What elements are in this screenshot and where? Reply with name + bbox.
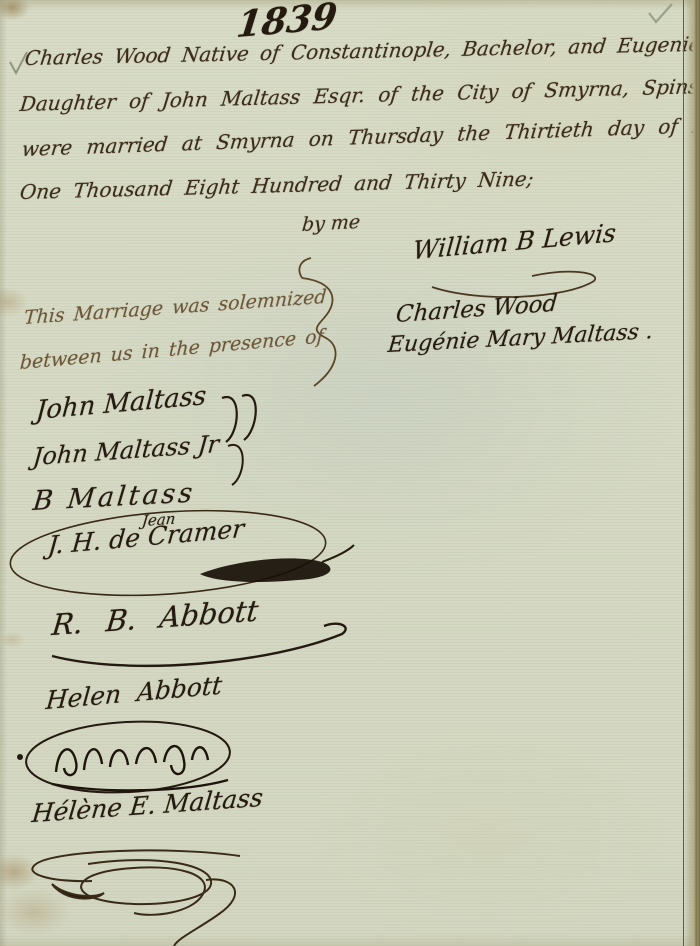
encircle-flourish xyxy=(24,717,231,798)
binding-edge xyxy=(683,0,700,946)
entry-line-2: Daughter of John Maltass Esqr. of the Ci… xyxy=(19,73,700,116)
register-page: 1839 Charles Wood Native of Constantinop… xyxy=(0,0,700,946)
attestation-line-1: This Marriage was solemnized xyxy=(23,286,327,329)
witness-signature-5: R. B. Abbott xyxy=(50,593,260,642)
bottom-flourish xyxy=(32,850,240,946)
ink-dot xyxy=(17,754,23,760)
witness-signature-2: John Maltass Jr xyxy=(32,430,221,471)
entry-line-4: One Thousand Eight Hundred and Thirty Ni… xyxy=(19,167,535,205)
witness-signature-8: Hélène E. Maltass xyxy=(30,783,264,828)
officiant-signature: William B Lewis xyxy=(412,218,618,265)
illegible-signature-scribble xyxy=(52,746,228,790)
signature-paraph xyxy=(222,395,256,442)
checkmark-icon xyxy=(649,4,672,22)
groom-signature: Charles Wood xyxy=(395,291,559,329)
attestation-line-2: between us in the presence of xyxy=(19,325,324,374)
by-me-text: by me xyxy=(301,211,361,236)
witness-signature-1: John Maltass xyxy=(35,381,207,426)
left-edge-shade xyxy=(0,0,7,946)
entry-line-1: Charles Wood Native of Constantinople, B… xyxy=(24,30,700,70)
entry-line-3: were married at Smyrna on Thursday the T… xyxy=(21,112,700,161)
attestation-brace xyxy=(299,258,335,386)
signature-paraph xyxy=(228,445,243,485)
ink-blot xyxy=(200,558,330,582)
ink-blot-tail xyxy=(322,545,354,562)
witness-signature-6: Helen Abbott xyxy=(45,670,224,715)
